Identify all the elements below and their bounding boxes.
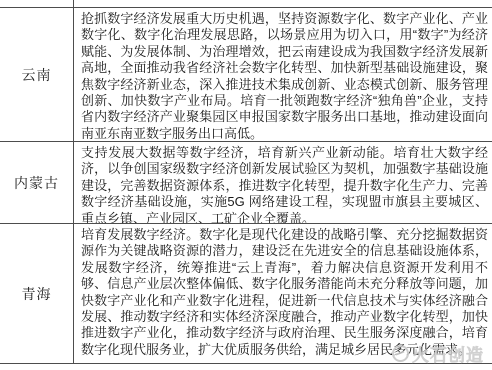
policy-cell-qinghai: 培育发展数字经济。数字化是现代化建设的战略引擎、充分挖掘数据资源作为关键战略资源… — [74, 224, 492, 364]
partial-row-policy-cell — [74, 0, 492, 8]
page: 云南 抢抓数字经济发展重大历史机遇，坚持资源数字化、数字产业化、产业数字化、数字… — [0, 0, 492, 370]
province-cell-qinghai: 青海 — [0, 224, 74, 364]
province-cell-yunnan: 云南 — [0, 8, 74, 142]
province-policy-table: 云南 抢抓数字经济发展重大历史机遇，坚持资源数字化、数字产业化、产业数字化、数字… — [0, 0, 492, 364]
province-cell-neimenggu: 内蒙古 — [0, 142, 74, 224]
partial-row-province-cell — [0, 0, 74, 8]
policy-cell-neimenggu: 支持发展大数据等数字经济，培育新兴产业新动能。培育壮大数字经济，以争创国家级数字… — [74, 142, 492, 224]
policy-cell-yunnan: 抢抓数字经济发展重大历史机遇，坚持资源数字化、数字产业化、产业数字化、数字化治理… — [74, 8, 492, 142]
